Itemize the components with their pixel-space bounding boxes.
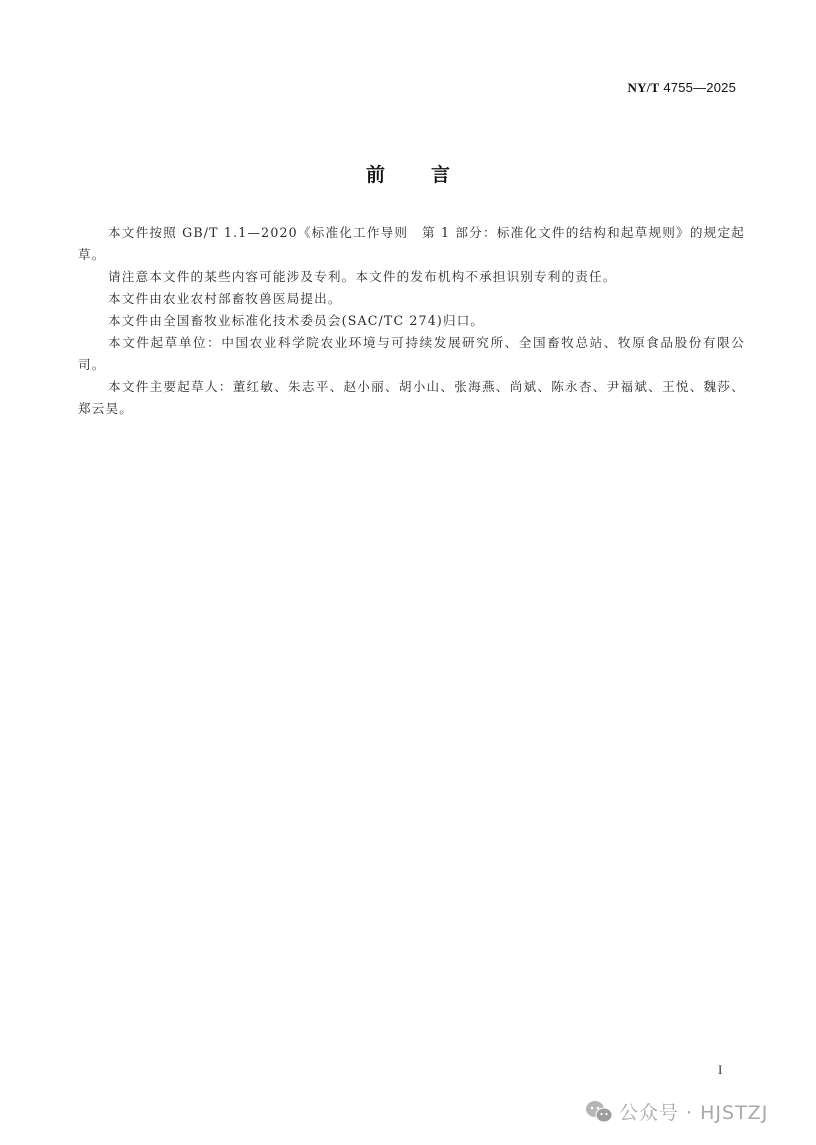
standard-prefix: NY/T xyxy=(628,80,660,95)
page-number: I xyxy=(718,1062,722,1078)
paragraph-drafting-rules: 本文件按照 GB/T 1.1—2020《标准化工作导则 第 1 部分：标准化文件… xyxy=(78,222,745,266)
page-title: 前言 xyxy=(0,160,816,187)
watermark-text: 公众号 · HJSTZJ xyxy=(619,1098,768,1125)
standard-number: 4755—2025 xyxy=(663,80,736,95)
paragraph-proposer: 本文件由农业农村部畜牧兽医局提出。 xyxy=(78,288,745,310)
document-page: NY/T4755—2025 前言 本文件按照 GB/T 1.1—2020《标准化… xyxy=(0,0,816,1145)
wechat-icon xyxy=(585,1100,613,1124)
paragraph-technical-committee: 本文件由全国畜牧业标准化技术委员会(SAC/TC 274)归口。 xyxy=(78,310,745,332)
foreword-body: 本文件按照 GB/T 1.1—2020《标准化工作导则 第 1 部分：标准化文件… xyxy=(78,222,745,420)
watermark: 公众号 · HJSTZJ xyxy=(585,1098,768,1125)
paragraph-patent-notice: 请注意本文件的某些内容可能涉及专利。本文件的发布机构不承担识别专利的责任。 xyxy=(78,266,745,288)
paragraph-drafters: 本文件主要起草人：董红敏、朱志平、赵小丽、胡小山、张海燕、尚斌、陈永杏、尹福斌、… xyxy=(78,376,745,420)
paragraph-drafting-units: 本文件起草单位：中国农业科学院农业环境与可持续发展研究所、全国畜牧总站、牧原食品… xyxy=(78,332,745,376)
standard-code: NY/T4755—2025 xyxy=(628,80,737,96)
